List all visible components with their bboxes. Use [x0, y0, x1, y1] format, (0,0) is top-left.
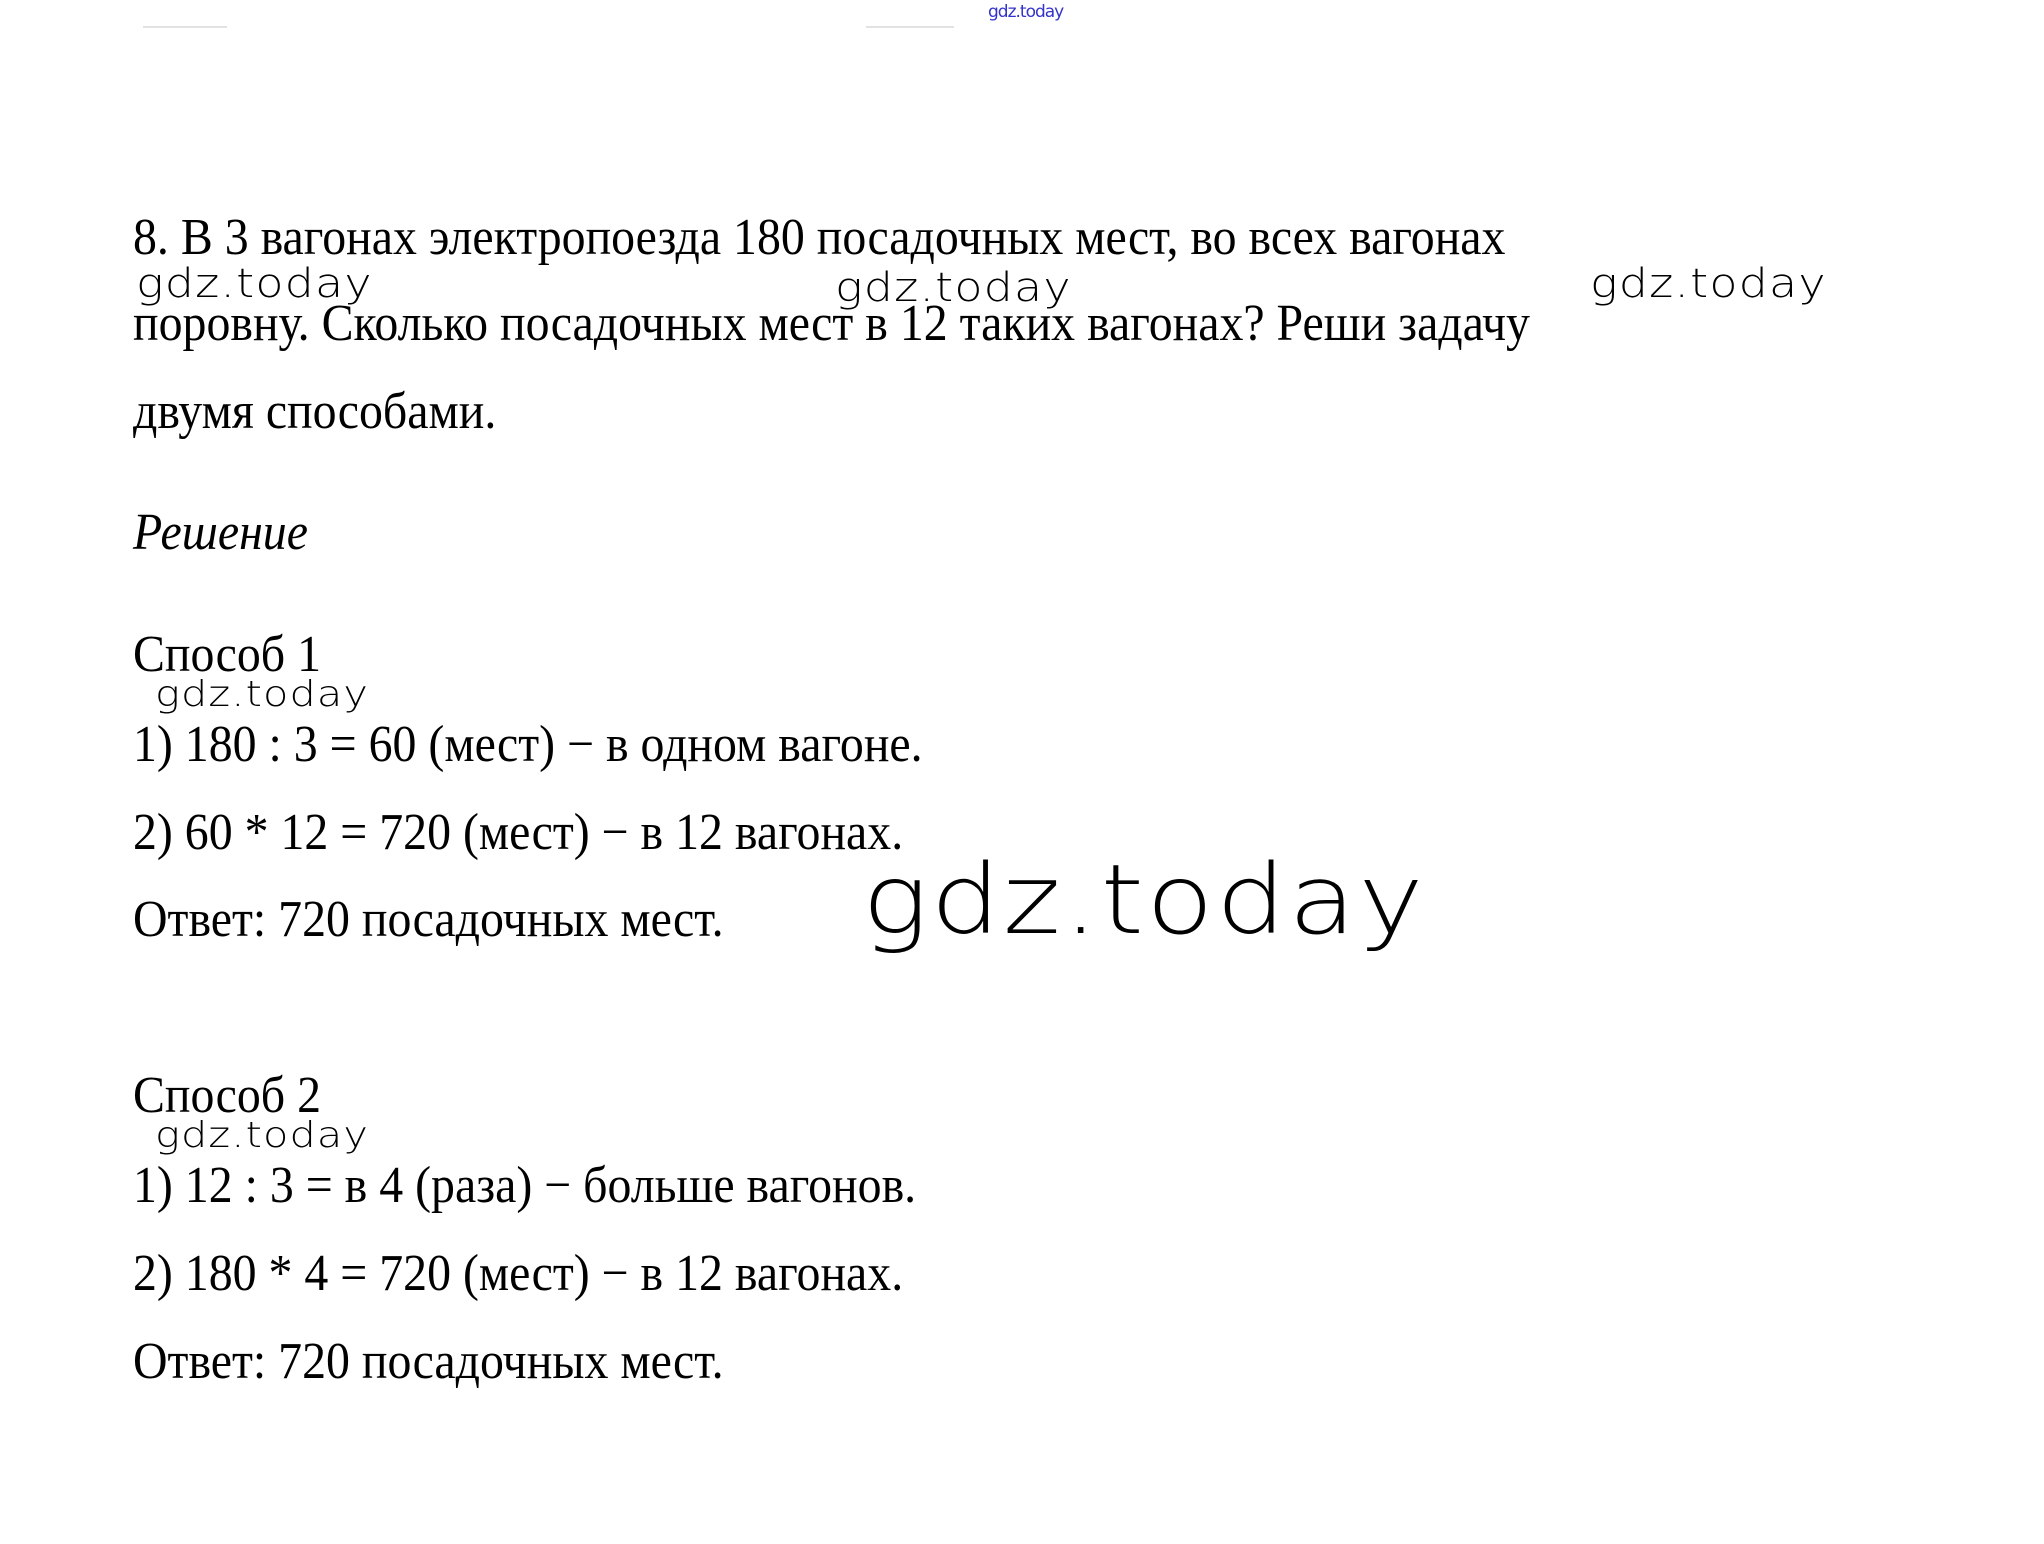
method-2-answer: Ответ: 720 посадочных мест. [133, 1332, 724, 1392]
watermark: gdz.today [1590, 262, 1827, 306]
watermark: gdz.today [155, 675, 369, 715]
method-1-answer: Ответ: 720 посадочных мест. [133, 890, 724, 950]
method-1-step-1: 1) 180 : 3 = 60 (мест) − в одном вагоне. [133, 715, 923, 775]
problem-line-1: 8. В 3 вагонах электропоезда 180 посадоч… [133, 208, 1505, 268]
method-2-step-1: 1) 12 : 3 = в 4 (раза) − больше вагонов. [133, 1156, 916, 1216]
problem-line-3: двумя способами. [133, 382, 496, 442]
top-divider-right [866, 26, 954, 28]
solution-heading: Решение [133, 503, 308, 563]
method-1-step-2: 2) 60 * 12 = 720 (мест) − в 12 вагонах. [133, 803, 903, 863]
method-2-step-2: 2) 180 * 4 = 720 (мест) − в 12 вагонах. [133, 1244, 903, 1304]
watermark: gdz.today [835, 266, 1072, 310]
watermark: gdz.today [155, 1116, 369, 1156]
top-divider-left [143, 26, 227, 28]
watermark: gdz.today [136, 262, 373, 306]
watermark-large: gdz.today [862, 850, 1426, 950]
top-watermark: gdz.today [988, 2, 1063, 22]
